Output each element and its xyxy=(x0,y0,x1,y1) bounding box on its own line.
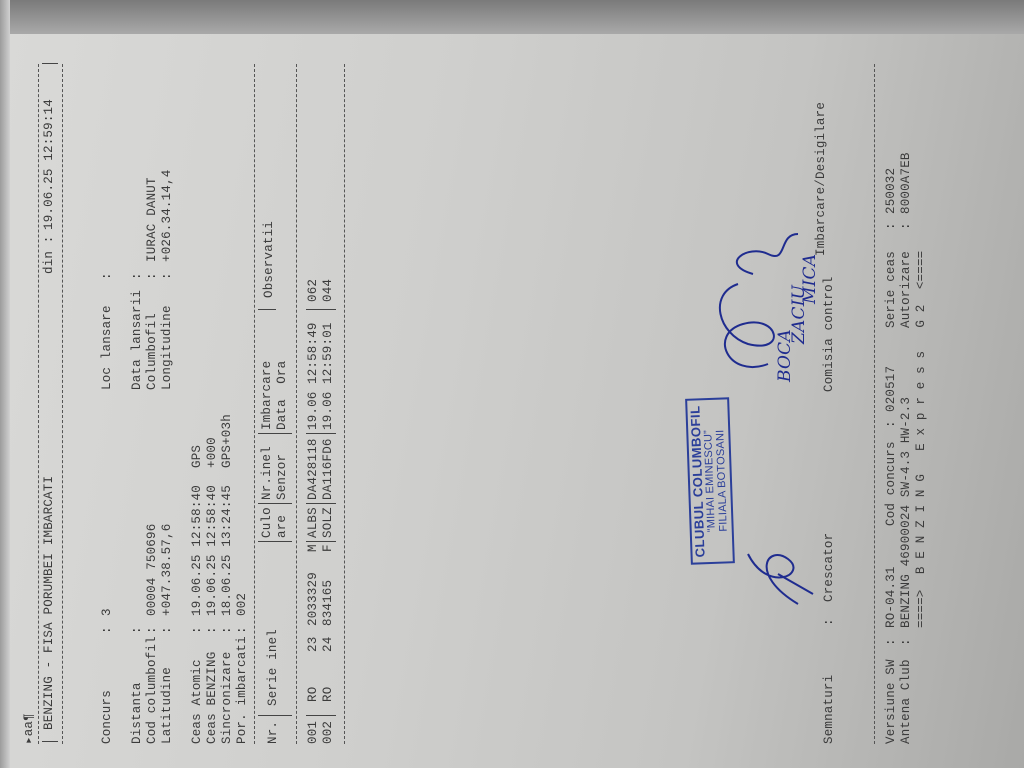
columbofil-label: Columbofil xyxy=(145,313,160,390)
print-date-label: din : xyxy=(42,235,57,274)
serie-ceas-label: Serie ceas xyxy=(884,251,899,328)
ceas-atomic-label: Ceas Atomic xyxy=(190,659,205,744)
cod-columbofil-sep: : xyxy=(145,626,160,634)
crescator-label: Crescator xyxy=(822,533,837,602)
divider xyxy=(344,64,345,744)
cell-sex: F xyxy=(321,544,336,552)
col-culoare-1: Culo xyxy=(260,507,275,538)
ceas-benzing-value: 19.06.25 12:58:40 xyxy=(205,485,220,616)
col-sep xyxy=(306,503,321,504)
brand-line: ====> B E N Z I N G E x p r e s s G 2 <=… xyxy=(914,251,929,628)
col-sep xyxy=(306,433,321,434)
cod-columbofil-label: Cod columbofil xyxy=(145,636,160,744)
concurs-value: 3 xyxy=(100,608,115,616)
cell-obs: 062 xyxy=(306,279,321,302)
loc-lansare-label: Loc lansare xyxy=(100,305,115,390)
border-bar xyxy=(42,741,58,742)
latitudine-sep: : xyxy=(160,626,175,634)
antena-club-value: BENZING 46900024 SW-4.3 HW-2.3 xyxy=(899,397,914,628)
col-sep xyxy=(321,433,336,434)
columbofil-sep: : xyxy=(145,272,160,280)
versiune-sw-label: Versiune SW xyxy=(884,659,899,744)
latitudine-value: +047.38.57,6 xyxy=(160,524,175,616)
print-marker: ▸aa¶ xyxy=(22,713,37,744)
col-sep xyxy=(258,433,292,434)
serie-ceas-value: 250032 xyxy=(884,168,899,214)
versiune-sw-sep: : xyxy=(884,638,899,646)
page-edge-shadow xyxy=(0,0,1024,34)
antena-club-sep: : xyxy=(899,638,914,646)
concurs-sep: : xyxy=(100,626,115,634)
comisia-role: Imbarcare/Desigilare xyxy=(814,102,829,256)
divider xyxy=(874,64,875,744)
cell-tara: RO xyxy=(306,687,321,702)
col-imbarcare-1: Imbarcare xyxy=(260,361,275,430)
distanta-label: Distanta xyxy=(130,682,145,744)
sincronizare-note: GPS+03h xyxy=(220,414,235,468)
cell-data: 19.06 xyxy=(306,391,321,430)
col-sep xyxy=(258,309,276,310)
sincronizare-sep: : xyxy=(220,626,235,634)
cell-obs: 044 xyxy=(321,279,336,302)
ceas-atomic-sep: : xyxy=(190,626,205,634)
cell-tara: RO xyxy=(321,687,336,702)
sincronizare-value: 18.06.25 13:24:45 xyxy=(220,485,235,616)
cell-ora: 12:59:01 xyxy=(321,322,336,384)
col-sep xyxy=(321,541,336,542)
data-lansarii-label: Data lansarii xyxy=(130,290,145,390)
col-nr-inel-1: Nr.inel xyxy=(260,446,275,500)
versiune-sw-value: RO-04.31 xyxy=(884,566,899,628)
col-sep xyxy=(306,309,321,310)
longitudine-label: Longitudine xyxy=(160,305,175,390)
crescator-signature xyxy=(728,524,818,614)
cell-culoare: SOLZ xyxy=(321,507,336,538)
loc-lansare-sep: : xyxy=(100,272,115,280)
divider xyxy=(254,64,255,744)
concurs-label: Concurs xyxy=(100,690,115,744)
semnaturi-sep: : xyxy=(822,618,837,626)
por-imbarcati-label: Por. imbarcati xyxy=(235,636,250,744)
data-lansarii-sep: : xyxy=(130,272,145,280)
col-sep xyxy=(258,503,292,504)
ceas-atomic-note: GPS xyxy=(190,445,205,468)
col-observatii: Observatii xyxy=(262,221,277,298)
cell-an: 23 xyxy=(306,637,321,652)
cell-serie: 2033329 xyxy=(306,572,321,626)
col-imbarcare-2: Data Ora xyxy=(275,361,290,430)
col-nr: Nr. xyxy=(266,721,281,744)
autorizare-label: Autorizare xyxy=(899,251,914,328)
col-sep xyxy=(321,309,336,310)
cod-columbofil-value: 00004 750696 xyxy=(145,524,160,616)
print-date-value: 19.06.25 12:59:14 xyxy=(42,99,57,230)
col-nr-inel-2: Senzor xyxy=(275,454,290,500)
col-sep xyxy=(321,715,336,716)
divider xyxy=(296,64,297,744)
cell-ora: 12:58:49 xyxy=(306,322,321,384)
handwritten-name-3: MICA xyxy=(803,254,818,304)
document-title: BENZING - FISA PORUMBEI IMBARCATI xyxy=(42,476,57,730)
cell-nr: 002 xyxy=(321,721,336,744)
distanta-sep: : xyxy=(130,626,145,634)
ceas-benzing-sep: : xyxy=(205,626,220,634)
por-imbarcati-value: 002 xyxy=(235,593,250,616)
columbofil-value: IURAC DANUT xyxy=(145,177,160,262)
cell-data: 19.06 xyxy=(321,391,336,430)
cell-serie: 834165 xyxy=(321,580,336,626)
col-sep xyxy=(258,715,292,716)
cod-concurs-value: 020517 xyxy=(884,366,899,412)
sincronizare-label: Sincronizare xyxy=(220,652,235,744)
col-sep xyxy=(306,715,321,716)
cell-sex: M xyxy=(306,544,321,552)
autorizare-sep: : xyxy=(899,222,914,230)
border-bar xyxy=(42,63,58,64)
longitudine-value: +026.34.14,4 xyxy=(160,170,175,262)
embarkation-sheet: ▸aa¶ BENZING - FISA PORUMBEI IMBARCATI d… xyxy=(8,34,968,764)
ceas-benzing-label: Ceas BENZING xyxy=(205,652,220,744)
semnaturi-label: Semnaturi xyxy=(822,675,837,744)
cod-concurs-label: Cod concurs xyxy=(884,441,899,526)
serie-ceas-sep: : xyxy=(884,222,899,230)
comisia-label: Comisia control xyxy=(822,276,837,392)
autorizare-value: 8000A7EB xyxy=(899,152,914,214)
cell-senzor: DA428118 xyxy=(306,438,321,500)
cell-nr: 001 xyxy=(306,721,321,744)
por-imbarcati-sep: : xyxy=(235,626,250,634)
latitudine-label: Latitudine xyxy=(160,667,175,744)
cod-concurs-sep: : xyxy=(884,420,899,428)
cell-culoare: ALBS xyxy=(306,507,321,538)
divider xyxy=(62,64,63,744)
ceas-benzing-note: +000 xyxy=(205,437,220,468)
ceas-atomic-value: 19.06.25 12:58:40 xyxy=(190,485,205,616)
antena-club-label: Antena Club xyxy=(899,659,914,744)
longitudine-sep: : xyxy=(160,272,175,280)
col-serie-inel: Serie inel xyxy=(266,629,281,706)
col-sep xyxy=(306,541,321,542)
col-sep xyxy=(321,503,336,504)
cell-an: 24 xyxy=(321,637,336,652)
cell-senzor: DA116FD6 xyxy=(321,438,336,500)
col-sep xyxy=(258,541,292,542)
divider xyxy=(38,64,39,744)
col-culoare-2: are xyxy=(275,515,290,538)
